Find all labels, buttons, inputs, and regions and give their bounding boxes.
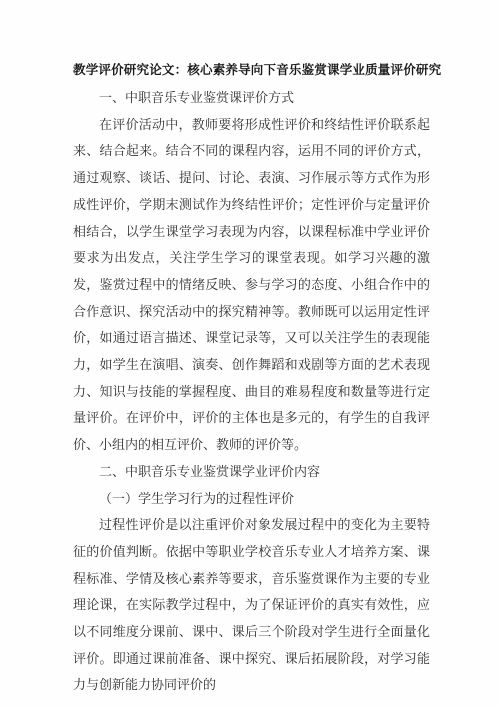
paragraph-evaluation-methods: 在评价活动中，教师要将形成性评价和终结性评价联系起来、结合起来。结合不同的课程内… (73, 113, 430, 460)
paragraph-process-evaluation: 过程性评价是以注重评价对象发展过程中的变化为主要特征的价值判断。依据中等职业学校… (73, 513, 430, 700)
subsection-heading-1: （一）学生学习行为的过程性评价 (73, 487, 430, 514)
document-title: 教学评价研究论文：核心素养导向下音乐鉴赏课学业质量评价研究 (73, 56, 430, 83)
section-heading-1: 一、中职音乐专业鉴赏课评价方式 (73, 86, 430, 113)
document-page: 教学评价研究论文：核心素养导向下音乐鉴赏课学业质量评价研究 一、中职音乐专业鉴赏… (0, 0, 500, 707)
section-heading-2: 二、中职音乐专业鉴赏课学业评价内容 (73, 460, 430, 487)
